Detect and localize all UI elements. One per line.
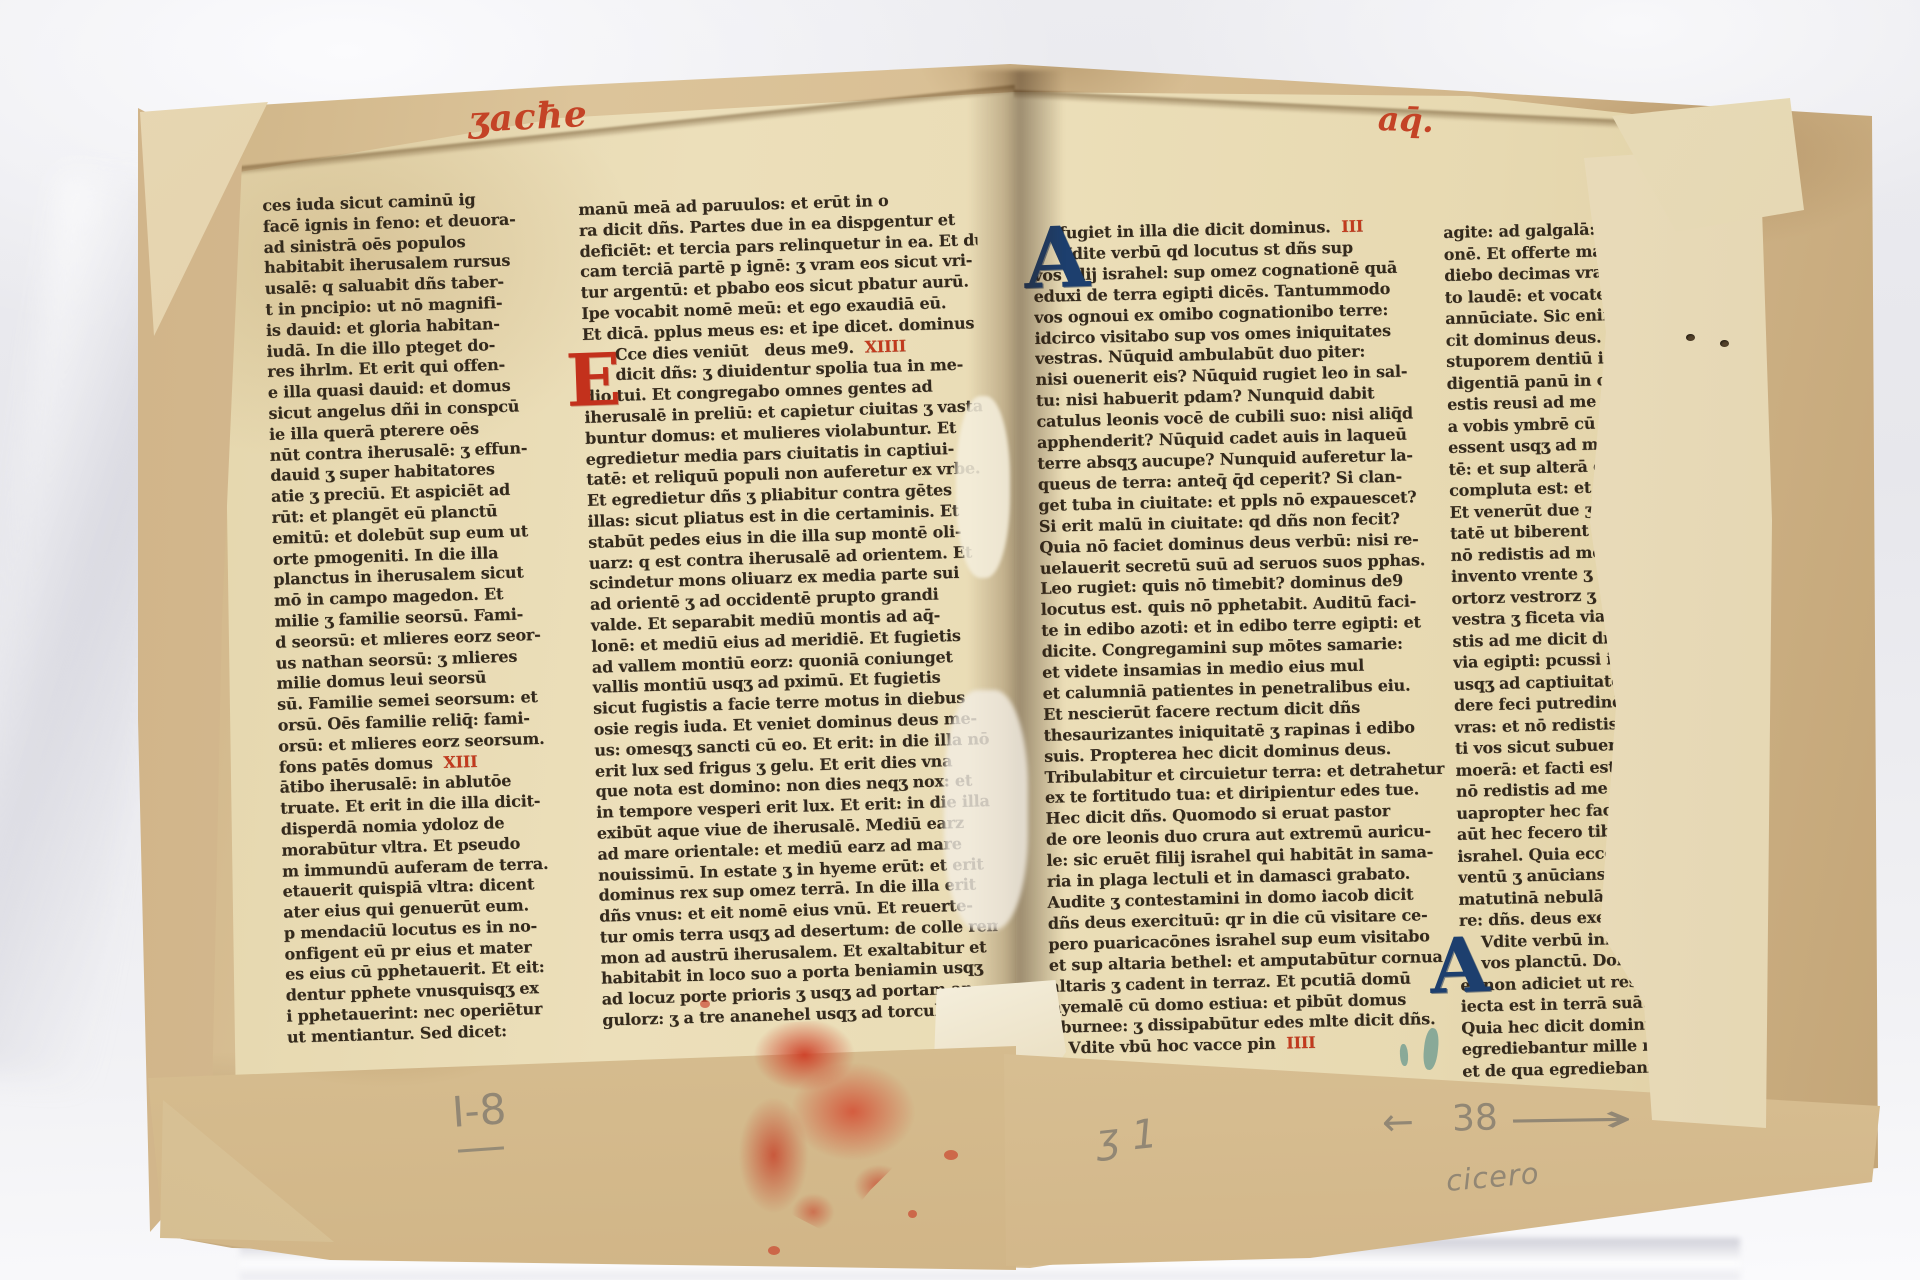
pencil-annotation-shelfmark: I-8 bbox=[450, 1084, 508, 1137]
wormhole bbox=[1720, 340, 1729, 347]
photo-canvas: ʒacħe aq̄. ces iuda sicut caminū igfacē … bbox=[0, 0, 1920, 1280]
pencil-arrow-left-icon: ← bbox=[1381, 1099, 1414, 1144]
gutter-damage-patch bbox=[944, 690, 1028, 930]
pencil-arrow-right-icon: ⟶ bbox=[1506, 1096, 1635, 1142]
running-title-left: ʒacħe bbox=[467, 93, 589, 141]
red-stain-speckle bbox=[700, 1000, 710, 1008]
red-stain-speckle bbox=[768, 1246, 780, 1255]
gutter-damage-patch bbox=[956, 396, 1010, 578]
left-page-column-2: manū meā ad paruulos: et erūt in ora dic… bbox=[578, 188, 1001, 1055]
rubric-numeral: III bbox=[1341, 216, 1363, 235]
wormhole bbox=[1686, 334, 1695, 341]
right-page-column-1: fugiet in illa die dicit dominus. III Vd… bbox=[1032, 215, 1453, 1064]
red-stain-speckle bbox=[908, 1210, 917, 1218]
blue-lombard-initial-a-lower: A bbox=[1429, 927, 1491, 1005]
pencil-annotation-width-number: 38 bbox=[1451, 1097, 1498, 1140]
red-stain-speckle bbox=[944, 1150, 958, 1160]
red-lombard-initial-e: E bbox=[565, 343, 622, 417]
rubric-numeral: XIIII bbox=[864, 336, 906, 356]
running-title-right: aq̄. bbox=[1377, 99, 1434, 140]
blue-lombard-initial-a: A bbox=[1023, 215, 1091, 301]
rubric-numeral: XIII bbox=[443, 751, 478, 771]
rubric-numeral: IIII bbox=[1286, 1033, 1316, 1053]
left-page-column-1: ces iuda sicut caminū igfacē ignis in fe… bbox=[262, 187, 589, 1052]
pencil-annotation-leaf-number: ʒ 1 bbox=[1094, 1111, 1160, 1163]
